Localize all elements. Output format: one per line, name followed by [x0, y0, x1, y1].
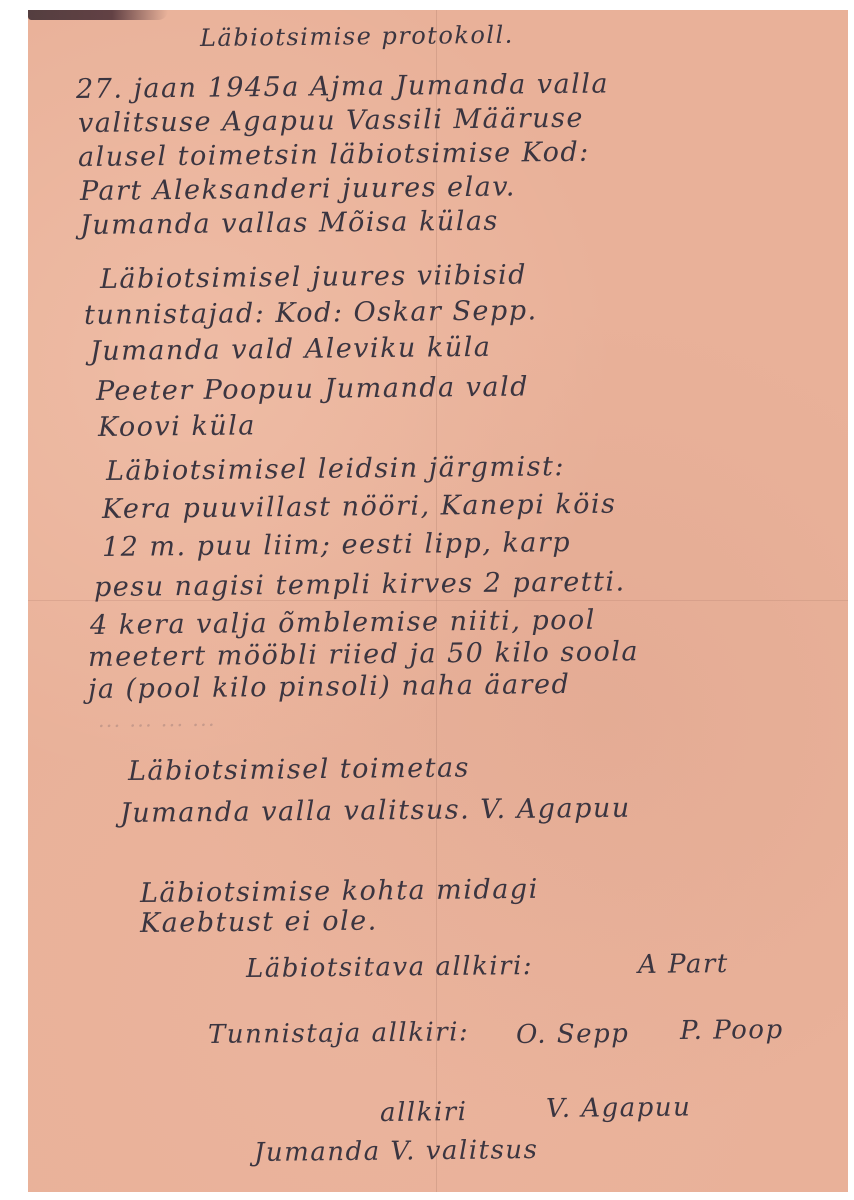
ink-stain — [28, 10, 168, 20]
document-paper: Läbiotsimise protokoll. 27. jaan 1945a A… — [28, 10, 848, 1192]
text-line: pesu nagisi templi kirves 2 paretti. — [94, 566, 626, 603]
text-line: ja (pool kilo pinsoli) naha äared — [88, 669, 571, 705]
faint-text-line: ... ... ... ... — [98, 707, 216, 732]
text-line: Part Aleksanderi juures elav. — [80, 171, 516, 207]
text-line: Läbiotsimisel toimetas — [128, 752, 470, 787]
official-title: Jumanda V. valitsus — [254, 1135, 539, 1168]
text-line: Läbiotsimisel leidsin järgmist: — [106, 451, 565, 487]
text-line: 4 kera valja õmblemise niiti, pool — [90, 605, 596, 641]
text-line: meetert mööbli riied ja 50 kilo soola — [88, 636, 639, 673]
searched-signature-label: Läbiotsitava allkiri: — [246, 951, 533, 984]
official-signature-label: allkiri — [380, 1097, 468, 1128]
witness-signature-label: Tunnistaja allkiri: — [208, 1017, 470, 1050]
witness-2-signature: P. Poop — [680, 1015, 784, 1046]
text-line: 12 m. puu liim; eesti lipp, karp — [102, 527, 571, 563]
text-line: Läbiotsimisel juures viibisid — [100, 260, 527, 295]
text-line: tunnistajad: Kod: Oskar Sepp. — [84, 295, 538, 331]
text-line: Jumanda vald Aleviku küla — [90, 332, 492, 367]
text-line: Kaebtust ei ole. — [140, 906, 378, 939]
text-line: Jumanda vallas Mõisa külas — [80, 206, 499, 241]
official-signature: V. Agapuu — [546, 1092, 692, 1124]
searched-signature: A Part — [638, 949, 729, 980]
text-line: Läbiotsimise kohta midagi — [140, 874, 539, 909]
text-line: valitsuse Agapuu Vassili Määruse — [78, 103, 584, 139]
witness-1-signature: O. Sepp — [516, 1019, 630, 1050]
document-title: Läbiotsimise protokoll. — [200, 21, 514, 52]
text-line: Koovi küla — [98, 410, 256, 443]
text-line: 27. jaan 1945a Ajma Jumanda valla — [76, 68, 609, 105]
text-line: alusel toimetsin läbiotsimise Kod: — [78, 137, 590, 173]
text-line: Jumanda valla valitsus. V. Agapuu — [120, 793, 631, 829]
text-line: Peeter Poopuu Jumanda vald — [96, 371, 529, 407]
text-line: Kera puuvillast nööri, Kanepi köis — [102, 489, 617, 525]
